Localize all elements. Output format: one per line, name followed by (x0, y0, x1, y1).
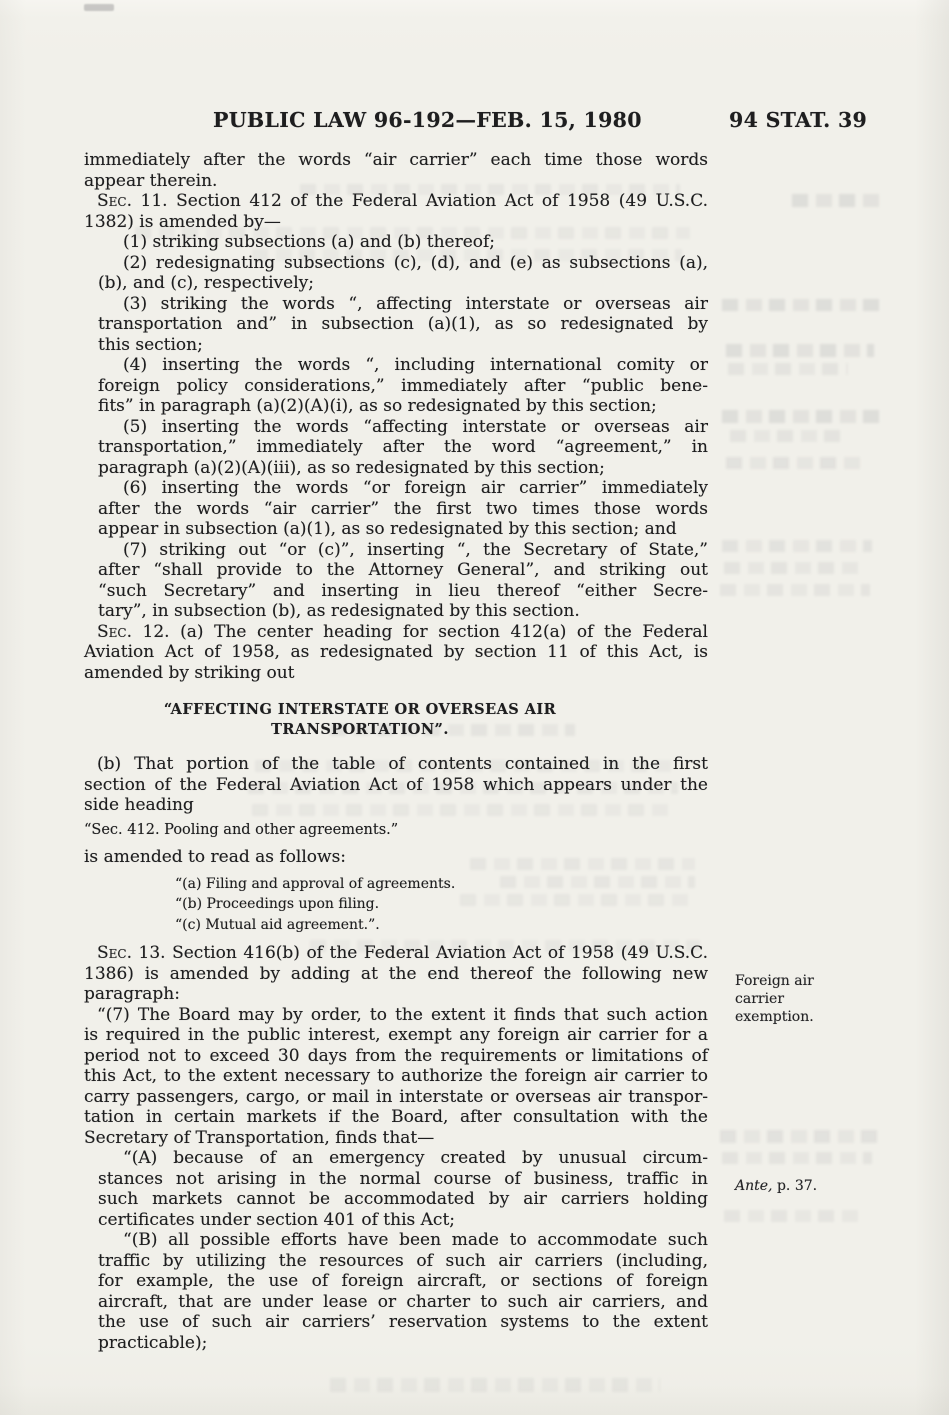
statute-line: such markets cannot be accommodated by a… (84, 1189, 708, 1210)
statute-line: paragraph (a)(2)(A)(iii), as so redesign… (84, 458, 708, 479)
statute-line: tary”, in subsection (b), as redesignate… (84, 601, 708, 622)
margin-note-line: Foreign air (735, 972, 895, 990)
margin-note-ante-page: p. 37. (773, 1178, 818, 1194)
bleedthrough-smudge (724, 562, 864, 574)
statute-line: for example, the use of foreign aircraft… (84, 1271, 708, 1292)
statute-line: (6) inserting the words “or foreign air … (84, 478, 708, 499)
margin-note-line: exemption. (735, 1008, 895, 1026)
statute-line: Sec. 13. Section 416(b) of the Federal A… (84, 943, 708, 964)
statute-line: (b) That portion of the table of content… (84, 754, 708, 775)
statute-line: 1386) is amended by adding at the end th… (84, 964, 708, 985)
margin-note-line: carrier (735, 990, 895, 1008)
bleedthrough-smudge (720, 584, 870, 596)
statute-line: side heading (84, 795, 708, 816)
statute-line: (4) inserting the words “, including int… (84, 355, 708, 376)
statute-line: after “shall provide to the Attorney Gen… (84, 560, 708, 581)
statute-line: immediately after the words “air carrier… (84, 150, 708, 171)
statute-line: practicable); (84, 1333, 708, 1354)
statute-line: paragraph: (84, 984, 708, 1005)
statute-line: (3) striking the words “, affecting inte… (84, 294, 708, 315)
toc-line: “(c) Mutual aid agreement.”. (84, 917, 708, 938)
bleedthrough-smudge (726, 457, 866, 469)
bleedthrough-smudge (730, 430, 840, 442)
statute-line: (1) striking subsections (a) and (b) the… (84, 232, 708, 253)
statute-line: Sec. 11. Section 412 of the Federal Avia… (84, 191, 708, 212)
statute-line: amended by striking out (84, 663, 708, 684)
statute-line: (2) redesignating subsections (c), (d), … (84, 253, 708, 274)
scan-speck (84, 4, 114, 11)
statute-line: is required in the public interest, exem… (84, 1025, 708, 1046)
bleedthrough-smudge (722, 410, 882, 423)
bleedthrough-smudge (728, 363, 848, 375)
statute-line: Secretary of Transportation, finds that— (84, 1128, 708, 1149)
statute-line: transportation,” immediately after the w… (84, 437, 708, 458)
bleedthrough-smudge (722, 540, 872, 552)
statute-line: (7) striking out “or (c)”, inserting “, … (84, 540, 708, 561)
statute-line: foreign policy considerations,” immediat… (84, 376, 708, 397)
statute-line: this Act, to the extent necessary to aut… (84, 1066, 708, 1087)
statute-line: 1382) is amended by— (84, 212, 708, 233)
statute-line: appear therein. (84, 171, 708, 192)
statute-line: carry passengers, cargo, or mail in inte… (84, 1087, 708, 1108)
statute-line: “(A) because of an emergency created by … (84, 1148, 708, 1169)
toc-line: “(a) Filing and approval of agreements. (84, 876, 708, 897)
margin-note-ante-p-37: Ante, p. 37. (735, 1177, 895, 1195)
statute-line: (5) inserting the words “affecting inter… (84, 417, 708, 438)
statute-text-column: immediately after the words “air carrier… (84, 150, 708, 1353)
statute-scan-page: PUBLIC LAW 96-192—FEB. 15, 1980 94 STAT.… (0, 0, 949, 1415)
statute-page-number: 94 STAT. 39 (729, 108, 867, 132)
statute-line: “(7) The Board may by order, to the exte… (84, 1005, 708, 1026)
statute-line: is amended to read as follows: (84, 847, 708, 868)
statute-line: fits” in paragraph (a)(2)(A)(i), as so r… (84, 396, 708, 417)
statute-line: this section; (84, 335, 708, 356)
statute-line: Aviation Act of 1958, as redesignated by… (84, 642, 708, 663)
statute-line: tation in certain markets if the Board, … (84, 1107, 708, 1128)
bleedthrough-smudge (720, 1130, 885, 1143)
statute-line: “such Secretary” and inserting in lieu t… (84, 581, 708, 602)
statute-line: the use of such air carriers’ reservatio… (84, 1312, 708, 1333)
center-heading: “AFFECTING INTERSTATE OR OVERSEAS AIR TR… (84, 700, 636, 740)
statute-line: (b), and (c), respectively; (84, 273, 708, 294)
statute-line: transportation and” in subsection (a)(1)… (84, 314, 708, 335)
toc-line: “(b) Proceedings upon filing. (84, 896, 708, 917)
statute-line: after the words “air carrier” the first … (84, 499, 708, 520)
bleedthrough-smudge (792, 194, 882, 207)
law-title: PUBLIC LAW 96-192—FEB. 15, 1980 (213, 108, 642, 132)
margin-note-ante-italic: Ante, (735, 1178, 773, 1194)
statute-line: section of the Federal Aviation Act of 1… (84, 775, 708, 796)
bleedthrough-smudge (726, 344, 874, 357)
bleedthrough-smudge (722, 299, 880, 311)
statute-line: aircraft, that are under lease or charte… (84, 1292, 708, 1313)
statute-line: certificates under section 401 of this A… (84, 1210, 708, 1231)
statute-line: Sec. 12. (a) The center heading for sect… (84, 622, 708, 643)
margin-note-foreign-air-carrier-exemption: Foreign air carrier exemption. (735, 972, 895, 1026)
statute-line: appear in subsection (a)(1), as so redes… (84, 519, 708, 540)
statute-line: “(B) all possible efforts have been made… (84, 1230, 708, 1251)
statute-line: stances not arising in the normal course… (84, 1169, 708, 1190)
bleedthrough-smudge (330, 1378, 660, 1392)
statute-line: traffic by utilizing the resources of su… (84, 1251, 708, 1272)
statute-line: period not to exceed 30 days from the re… (84, 1046, 708, 1067)
side-heading-reference: “Sec. 412. Pooling and other agreements.… (84, 821, 708, 842)
bleedthrough-smudge (724, 1210, 864, 1222)
bleedthrough-smudge (722, 1152, 872, 1164)
